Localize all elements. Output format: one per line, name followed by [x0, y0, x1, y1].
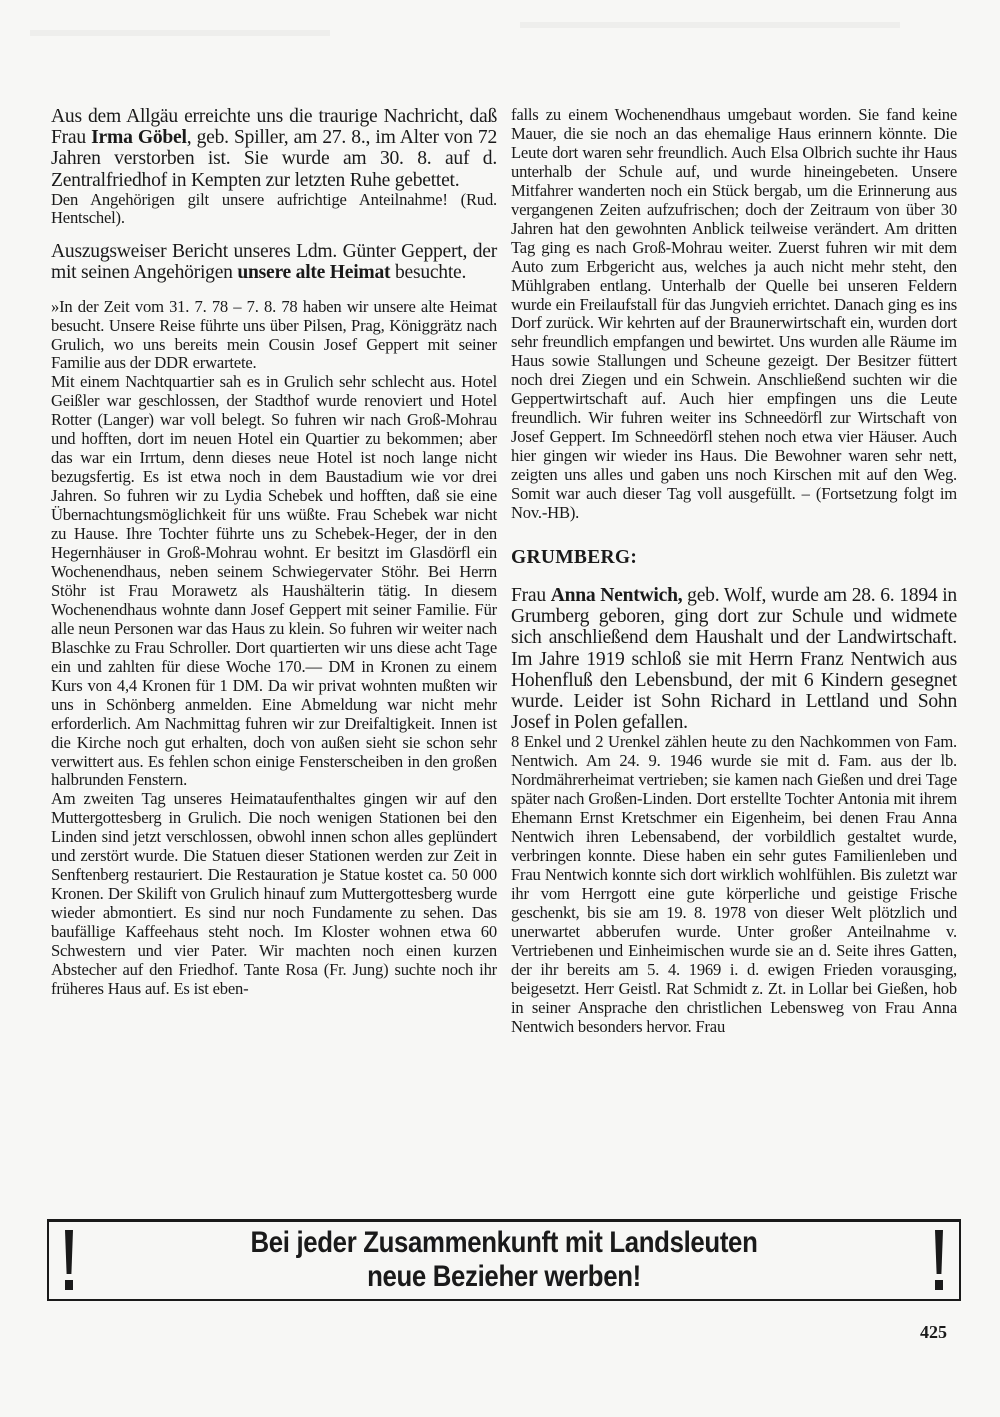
- banner-line-1: Bei jeder Zusammenkunft mit Landsleuten: [164, 1226, 843, 1260]
- report-paragraph: Am zweiten Tag unseres Heimataufenthalte…: [51, 790, 497, 998]
- banner-text: Bei jeder Zusammenkunft mit Landsleuten …: [164, 1226, 843, 1294]
- banner-line-2: neue Bezieher werben!: [164, 1260, 843, 1294]
- report-continuation: falls zu einem Wochenendhaus umgebaut wo…: [511, 106, 957, 523]
- report-intro-emphasis: unsere alte Heimat: [237, 262, 390, 283]
- report-paragraph: »In der Zeit vom 31. 7. 78 – 7. 8. 78 ha…: [51, 298, 497, 374]
- section-heading-grumberg: GRUMBERG:: [511, 547, 957, 569]
- deceased-name: Anna Nentwich,: [551, 585, 683, 606]
- report-paragraph: Mit einem Nachtquartier sah es in Grulic…: [51, 373, 497, 790]
- obituary-nentwich-lead: Frau Anna Nentwich, geb. Wolf, wurde am …: [511, 585, 957, 733]
- subscriber-appeal-banner: Bei jeder Zusammenkunft mit Landsleuten …: [47, 1219, 961, 1301]
- spacer: [51, 227, 497, 241]
- spacer: [511, 569, 957, 585]
- page-number: 425: [920, 1322, 947, 1343]
- spacer: [51, 284, 497, 298]
- deceased-name: Irma Göbel: [91, 127, 187, 148]
- report-body: »In der Zeit vom 31. 7. 78 – 7. 8. 78 ha…: [51, 298, 497, 999]
- right-column: falls zu einem Wochenendhaus umgebaut wo…: [511, 106, 957, 1037]
- obituary-text: geb. Wolf, wurde am 28. 6. 1894 in Grumb…: [511, 585, 957, 733]
- condolence-note: Den Angehörigen gilt unsere aufrichtige …: [51, 191, 497, 227]
- report-intro-text: besuchte.: [390, 262, 466, 283]
- exclamation-mark-icon: [63, 1230, 75, 1294]
- obituary-goebel-lead: Aus dem Allgäu erreichte uns die traurig…: [51, 106, 497, 191]
- obituary-text: Frau: [511, 585, 551, 606]
- spacer: [511, 523, 957, 547]
- bleed-through-mark: [520, 22, 900, 28]
- obituary-nentwich-body: 8 Enkel und 2 Urenkel zählen heute zu de…: [511, 733, 957, 1036]
- bleed-through-mark: [30, 30, 330, 36]
- left-column: Aus dem Allgäu erreichte uns die traurig…: [51, 106, 497, 999]
- report-intro: Auszugsweiser Bericht unseres Ldm. Günte…: [51, 241, 497, 283]
- document-page: Aus dem Allgäu erreichte uns die traurig…: [0, 0, 1000, 1417]
- exclamation-mark-icon: [933, 1230, 945, 1294]
